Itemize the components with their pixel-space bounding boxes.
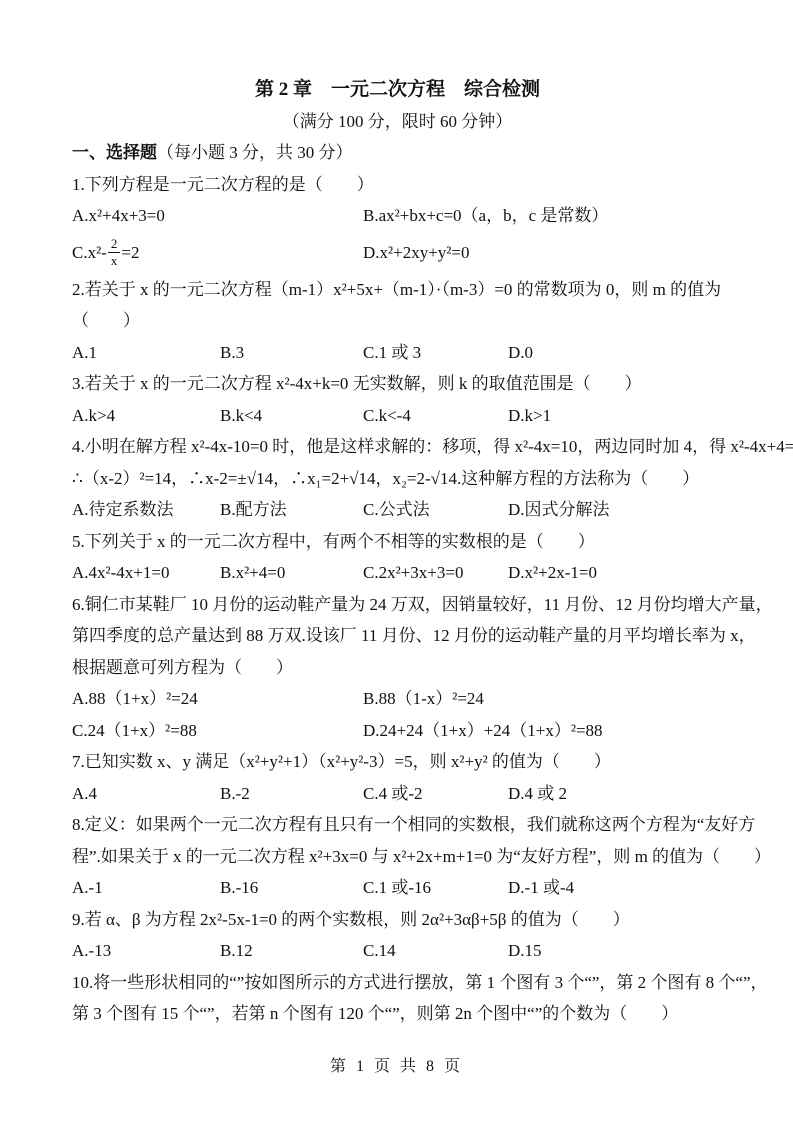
question-7-stem: 7.已知实数 x、y 满足（x²+y²+1）（x²+y²-3）=5，则 x²+y…: [72, 746, 723, 778]
question-5-options-row: A.4x²-4x+1=0 B.x²+4=0 C.2x²+3x+3=0 D.x²+…: [72, 557, 723, 589]
question-6-option-d: D.24+24（1+x）+24（1+x）²=88: [363, 715, 723, 747]
section-heading-label: 一、选择题: [72, 143, 157, 162]
question-6-stem-line-2: 第四季度的总产量达到 88 万双.设该厂 11 月份、12 月份的运动鞋产量的月…: [72, 620, 723, 652]
question-2-options-row: A.1 B.3 C.1 或 3 D.0: [72, 337, 723, 369]
fraction: 2x: [108, 237, 121, 269]
question-7-option-b: B.-2: [220, 778, 363, 810]
question-9-stem: 9.若 α、β 为方程 2x²-5x-1=0 的两个实数根，则 2α²+3αβ+…: [72, 904, 723, 936]
question-6-stem-line-1: 6.铜仁市某鞋厂 10 月份的运动鞋产量为 24 万双，因销量较好，11 月份、…: [72, 589, 723, 621]
question-6-option-a: A.88（1+x）²=24: [72, 683, 363, 715]
question-1-options-row-1: A.x²+4x+3=0 B.ax²+bx+c=0（a，b，c 是常数）: [72, 200, 723, 232]
question-8-options-row: A.-1 B.-16 C.1 或-16 D.-1 或-4: [72, 872, 723, 904]
question-5-option-d: D.x²+2x-1=0: [508, 557, 723, 589]
question-5-option-b: B.x²+4=0: [220, 557, 363, 589]
fraction-denominator: x: [108, 253, 121, 268]
question-1-option-a: A.x²+4x+3=0: [72, 200, 363, 232]
question-8-option-a: A.-1: [72, 872, 220, 904]
question-9-option-d: D.15: [508, 935, 723, 967]
question-1-option-d: D.x²+2xy+y²=0: [363, 232, 723, 274]
page-footer: 第 1 页 共 8 页: [0, 1053, 793, 1076]
question-6-option-b: B.88（1-x）²=24: [363, 683, 723, 715]
question-7-option-d: D.4 或 2: [508, 778, 723, 810]
question-4-option-c: C.公式法: [363, 494, 508, 526]
question-1-option-b: B.ax²+bx+c=0（a，b，c 是常数）: [363, 200, 723, 232]
question-3-option-c: C.k<-4: [363, 400, 508, 432]
question-4-options-row: A.待定系数法 B.配方法 C.公式法 D.因式分解法: [72, 494, 723, 526]
question-3-option-b: B.k<4: [220, 400, 363, 432]
option-c-prefix: C.x²-: [72, 243, 107, 262]
question-3-stem: 3.若关于 x 的一元二次方程 x²-4x+k=0 无实数解，则 k 的取值范围…: [72, 368, 723, 400]
fraction-numerator: 2: [108, 237, 121, 253]
question-8-option-b: B.-16: [220, 872, 363, 904]
question-6-options-row-2: C.24（1+x）²=88 D.24+24（1+x）+24（1+x）²=88: [72, 715, 723, 747]
question-1-stem: 1.下列方程是一元二次方程的是（ ）: [72, 169, 723, 201]
question-5-stem: 5.下列关于 x 的一元二次方程中，有两个不相等的实数根的是（ ）: [72, 526, 723, 558]
question-2-option-d: D.0: [508, 337, 723, 369]
question-4-option-d: D.因式分解法: [508, 494, 723, 526]
question-7-options-row: A.4 B.-2 C.4 或-2 D.4 或 2: [72, 778, 723, 810]
question-9-option-c: C.14: [363, 935, 508, 967]
section-heading-note: （每小题 3 分，共 30 分）: [157, 143, 353, 162]
question-8-stem-line-2: 程”.如果关于 x 的一元二次方程 x²+3x=0 与 x²+2x+m+1=0 …: [72, 841, 723, 873]
question-2-option-a: A.1: [72, 337, 220, 369]
question-5-option-c: C.2x²+3x+3=0: [363, 557, 508, 589]
question-9-option-a: A.-13: [72, 935, 220, 967]
section-heading: 一、选择题（每小题 3 分，共 30 分）: [72, 137, 723, 169]
question-7-option-a: A.4: [72, 778, 220, 810]
question-6-stem-line-3: 根据题意可列方程为（ ）: [72, 652, 723, 684]
document-content: 第 2 章 一元二次方程 综合检测 （满分 100 分，限时 60 分钟） 一、…: [72, 74, 723, 1030]
question-9-option-b: B.12: [220, 935, 363, 967]
question-1-option-c: C.x²-2x=2: [72, 232, 363, 274]
page-subtitle: （满分 100 分，限时 60 分钟）: [72, 106, 723, 138]
question-8-option-c: C.1 或-16: [363, 872, 508, 904]
question-5-option-a: A.4x²-4x+1=0: [72, 557, 220, 589]
question-2-option-b: B.3: [220, 337, 363, 369]
question-6-options-row-1: A.88（1+x）²=24 B.88（1-x）²=24: [72, 683, 723, 715]
question-10-stem-line-2: 第 3 个图有 15 个“”，若第 n 个图有 120 个“”，则第 2n 个图…: [72, 998, 723, 1030]
question-8-stem-line-1: 8.定义：如果两个一元二次方程有且只有一个相同的实数根，我们就称这两个方程为“友…: [72, 809, 723, 841]
question-8-option-d: D.-1 或-4: [508, 872, 723, 904]
question-3-options-row: A.k>4 B.k<4 C.k<-4 D.k>1: [72, 400, 723, 432]
page-title: 第 2 章 一元二次方程 综合检测: [72, 74, 723, 106]
question-2-option-c: C.1 或 3: [363, 337, 508, 369]
question-7-option-c: C.4 或-2: [363, 778, 508, 810]
question-4-option-a: A.待定系数法: [72, 494, 220, 526]
document-page: 第 2 章 一元二次方程 综合检测 （满分 100 分，限时 60 分钟） 一、…: [0, 0, 793, 1122]
question-3-option-a: A.k>4: [72, 400, 220, 432]
question-3-option-d: D.k>1: [508, 400, 723, 432]
option-c-suffix: =2: [121, 243, 139, 262]
question-10-stem-line-1: 10.将一些形状相同的“”按如图所示的方式进行摆放，第 1 个图有 3 个“”，…: [72, 967, 723, 999]
question-1-options-row-2: C.x²-2x=2 D.x²+2xy+y²=0: [72, 232, 723, 274]
question-2-stem-line-2: （ ）: [72, 305, 723, 337]
question-4-stem-line-1: 4.小明在解方程 x²-4x-10=0 时，他是这样求解的：移项，得 x²-4x…: [72, 431, 723, 463]
question-4-option-b: B.配方法: [220, 494, 363, 526]
question-2-stem-line-1: 2.若关于 x 的一元二次方程（m-1）x²+5x+（m-1）·（m-3）=0 …: [72, 274, 723, 306]
question-9-options-row: A.-13 B.12 C.14 D.15: [72, 935, 723, 967]
question-4-stem-line-2: ∴（x-2）²=14，∴x-2=±√14，∴x₁=2+√14，x₂=2-√14.…: [72, 463, 723, 495]
question-6-option-c: C.24（1+x）²=88: [72, 715, 363, 747]
